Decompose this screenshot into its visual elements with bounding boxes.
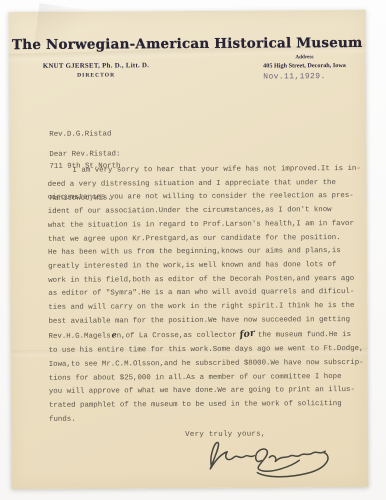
letterhead-title: The Norwegian-American Historical Museum: [9, 35, 366, 53]
handwritten-insertion: for: [239, 327, 256, 343]
address-label: Address: [263, 54, 346, 61]
typed-segment: n,of La Crosse,as collector: [117, 332, 237, 341]
handwritten-correction: e: [111, 329, 117, 343]
recipient-name: Rev.D.G.Ristad: [49, 130, 120, 141]
letter-date: Nov.11,1929.: [263, 72, 346, 82]
salutation: Dear Rev.Ristad:: [49, 150, 120, 158]
body-line: funds.: [49, 412, 367, 428]
letterhead-director-block: KNUT GJERSET, Ph. D., Litt. D. DIRECTOR: [43, 62, 149, 78]
letter-paper: The Norwegian-American Historical Museum…: [9, 10, 369, 489]
typed-segment: Rev.H.G.Magels: [49, 333, 111, 341]
typed-segment: the museum fund.He is: [258, 331, 351, 340]
body-line: trated pamphlet of the museum to be used…: [49, 398, 367, 414]
letter-body: I am very sorry to hear that your wife h…: [47, 163, 367, 427]
body-line: Iowa,to see Mr.C.M.Olsson,and he subscri…: [49, 357, 367, 373]
address-line: 405 High Street, Decorah, Iowa: [263, 62, 346, 70]
letterhead-address-block: Address 405 High Street, Decorah, Iowa N…: [263, 54, 346, 81]
director-name: KNUT GJERSET, Ph. D., Litt. D.: [43, 62, 149, 70]
handwritten-signature: [199, 431, 349, 490]
director-title: DIRECTOR: [43, 72, 149, 79]
body-line: what the situation is in regard to Prof.…: [48, 218, 366, 234]
letter-photo: The Norwegian-American Historical Museum…: [0, 0, 386, 500]
body-line: greatly interested in the work,is well k…: [48, 259, 366, 275]
